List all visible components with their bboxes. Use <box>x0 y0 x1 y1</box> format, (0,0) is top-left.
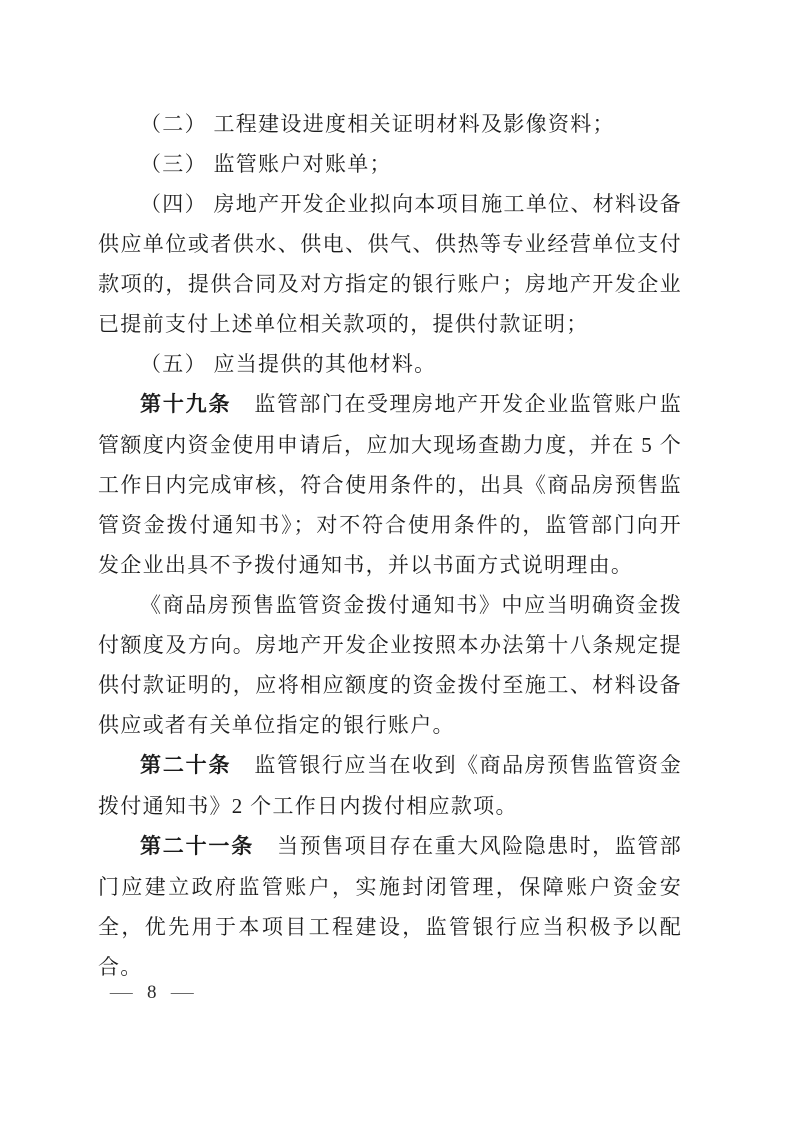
list-item-3-text: （三） 监管账户对账单； <box>140 152 392 176</box>
footer-dash-right: — <box>170 982 195 1004</box>
article-21-heading: 第二十一条 <box>140 835 254 858</box>
page-number: 8 <box>147 982 159 1004</box>
article-19-heading: 第十九条 <box>140 393 231 416</box>
document-body: （二） 工程建设进度相关证明材料及影像资料； （三） 监管账户对账单； （四） … <box>98 104 682 987</box>
article-19-continuation: 《商品房预售监管资金拨付通知书》中应当明确资金拨付额度及方向。房地产开发企业按照… <box>98 585 682 745</box>
list-item-2-text: （二） 工程建设进度相关证明材料及影像资料； <box>140 112 615 136</box>
article-19-text: 监管部门在受理房地产开发企业监管账户监管额度内资金使用申请后，应加大现场查勘力度… <box>98 392 682 577</box>
list-item-4: （四） 房地产开发企业拟向本项目施工单位、材料设备供应单位或者供水、供电、供气、… <box>98 184 682 344</box>
document-page: （二） 工程建设进度相关证明材料及影像资料； （三） 监管账户对账单； （四） … <box>0 0 794 1123</box>
list-item-2: （二） 工程建设进度相关证明材料及影像资料； <box>98 104 682 144</box>
list-item-3: （三） 监管账户对账单； <box>98 144 682 184</box>
list-item-4-text: （四） 房地产开发企业拟向本项目施工单位、材料设备供应单位或者供水、供电、供气、… <box>98 192 682 336</box>
article-19-continuation-text: 《商品房预售监管资金拨付通知书》中应当明确资金拨付额度及方向。房地产开发企业按照… <box>98 593 682 737</box>
article-20-heading: 第二十条 <box>140 754 231 777</box>
article-21: 第二十一条当预售项目存在重大风险隐患时，监管部门应建立政府监管账户，实施封闭管理… <box>98 826 682 987</box>
page-footer: — 8 — <box>112 982 194 1004</box>
list-item-5: （五） 应当提供的其他材料。 <box>98 344 682 384</box>
footer-dash-left: — <box>110 982 135 1004</box>
article-20: 第二十条监管银行应当在收到《商品房预售监管资金拨付通知书》2 个工作日内拨付相应… <box>98 745 682 826</box>
article-19: 第十九条监管部门在受理房地产开发企业监管账户监管额度内资金使用申请后，应加大现场… <box>98 384 682 585</box>
list-item-5-text: （五） 应当提供的其他材料。 <box>140 352 436 376</box>
